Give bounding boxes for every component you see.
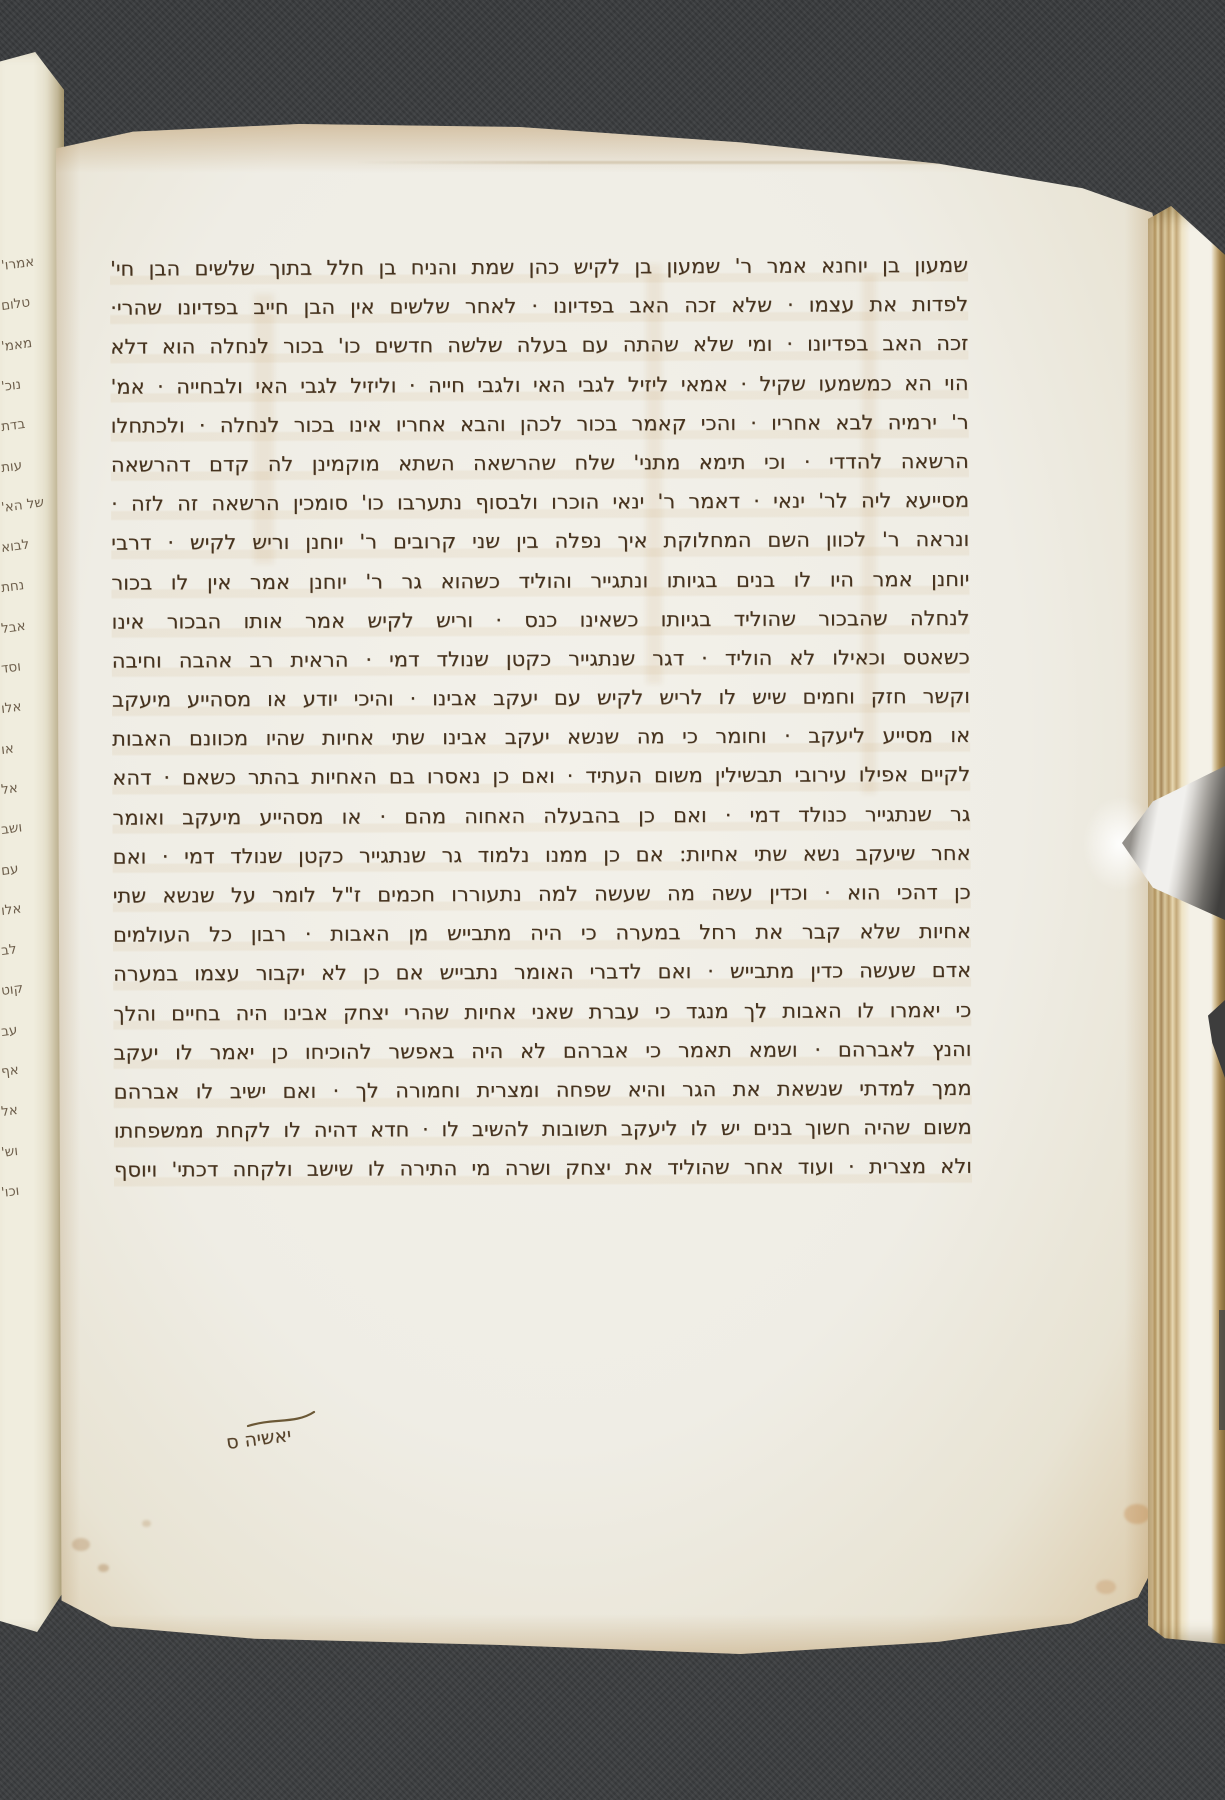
manuscript-line: מסייעא ליה לר' ינאי · דאמר ר' ינאי הוכרו… <box>111 482 969 523</box>
manuscript-line: משום שהיה חשוך בנים יש לו ליעקב תשובות ל… <box>114 1109 972 1150</box>
stain <box>142 1520 151 1527</box>
facing-page-text-fragment: בדת <box>0 414 47 434</box>
facing-page-text-fragment: אלו <box>0 696 47 716</box>
manuscript-line: והנץ לאברהם · ושמא תאמר כי אברהם לא היה … <box>113 1031 971 1072</box>
facing-page-text-fragment: או <box>0 736 47 756</box>
manuscript-line: אדם שעשה כדין מתבייש · ואם לדברי האומר נ… <box>113 952 971 993</box>
text-block: שמעון בן יוחנא אמר ר' שמעון בן לקיש כהן … <box>110 246 972 1190</box>
catchword-area: יאשיה ס <box>218 1404 348 1468</box>
facing-page-text-fragment: עב <box>0 1019 47 1039</box>
facing-page-text-fragment: אלו <box>0 898 47 918</box>
facing-page-text-fragment: וסד <box>0 656 47 676</box>
manuscript-line: זכה האב בפדיונו · ומי שלא שהתה עם בעלה ש… <box>110 325 968 366</box>
manuscript-line: ולא מצרית · ועוד אחר שהוליד את יצחק ושרה… <box>114 1148 972 1189</box>
facing-page-text-fragment: עות <box>0 454 47 474</box>
manuscript-line: ונראה ר' לכוון השם המחלוקת איך נפלה בין … <box>111 521 969 562</box>
manuscript-line: לפדות את עצמו · שלא זכה האב בפדיונו · לא… <box>110 286 968 327</box>
manuscript-line: ממך למדתי שנשאת את הגר והיא שפחה ומצרית … <box>114 1070 972 1111</box>
photograph-background: אמרו'טלוםמאמ'נוכ'בדתעותשל הא'לבואנחתאבלו… <box>0 0 1225 1800</box>
stain <box>98 1564 109 1572</box>
facing-page-text-fragment: קוט <box>0 978 47 998</box>
fore-edge-gap <box>1219 1310 1225 1430</box>
facing-page-text-fragment: עם <box>0 857 47 877</box>
manuscript-line: גר שנתגייר כנולד דמי · ואם כן בהבעלה האח… <box>112 796 970 837</box>
manuscript-line: לנחלה שהבכור שהוליד בגיותו כשאינו כנס · … <box>111 600 969 641</box>
facing-page-text-fragment: מאמ' <box>0 333 47 353</box>
facing-page-text-fragment: וכו' <box>0 1180 47 1200</box>
manuscript-line: הוי הא כמשמעו שקיל · אמאי ליזיל לגבי האי… <box>110 364 968 405</box>
manuscript-line: הרשאה להדדי · וכי תימא מתני' שלח שהרשאה … <box>111 443 969 484</box>
facing-page-text-fragment: אמרו' <box>0 253 47 273</box>
manuscript-line: לקיים אפילו עירובי תבשילין משום העתיד · … <box>112 756 970 797</box>
manuscript-line: כן דהכי הוא · וכדין עשה מה שעשה למה נתעו… <box>113 874 971 915</box>
fore-edge-pages <box>1148 206 1225 1644</box>
facing-page-edge: אמרו'טלוםמאמ'נוכ'בדתעותשל הא'לבואנחתאבלו… <box>0 52 64 1632</box>
horizontal-crease <box>356 161 1146 164</box>
manuscript-line: ר' ירמיה לבא אחריו · והכי קאמר בכור לכהן… <box>111 404 969 445</box>
facing-page-text-fragment: אל <box>0 777 47 797</box>
manuscript-line: אחיות שלא קבר את רחל במערה כי היה מתבייש… <box>113 913 971 954</box>
facing-page-text-fragment: של הא' <box>0 495 47 515</box>
facing-page-text-fragment: אל <box>0 1099 47 1119</box>
stain <box>1096 1580 1116 1594</box>
facing-page-text-fragment: ושב <box>0 817 47 837</box>
facing-page-text-fragment: טלום <box>0 293 47 313</box>
manuscript-line: וקשר חזק וחמים שיש לו לריש לקיש עם יעקב … <box>112 678 970 719</box>
facing-page-text-fragment: אבל <box>0 616 47 636</box>
manuscript-line: או מסייע ליעקב · וחומר כי מה שנשא יעקב א… <box>112 717 970 758</box>
facing-page-text-fragment: נוכ' <box>0 374 47 394</box>
facing-page-text-fragment: אף <box>0 1059 47 1079</box>
manuscript-line: שמעון בן יוחנא אמר ר' שמעון בן לקיש כהן … <box>110 247 968 288</box>
facing-page-text-fragment: לב <box>0 938 47 958</box>
stain <box>72 1538 90 1551</box>
manuscript-line: כשאטס וכאילו לא הוליד · דגר שנתגייר כקטן… <box>112 639 970 680</box>
facing-page-text-fragment: נחת <box>0 575 47 595</box>
manuscript-line: יוחנן אמר היו לו בנים בגיותו ונתגייר והו… <box>111 560 969 601</box>
stain <box>1124 1504 1150 1524</box>
facing-page-text-fragment: וש' <box>0 1139 47 1159</box>
manuscript-line: כי יאמרו לו האבות לך מנגד כי עברת שאני א… <box>113 991 971 1032</box>
manuscript-line: אחר שיעקב נשא שתי אחיות: אם כן ממנו נלמו… <box>113 835 971 876</box>
facing-page-text-fragment: לבוא <box>0 535 47 555</box>
